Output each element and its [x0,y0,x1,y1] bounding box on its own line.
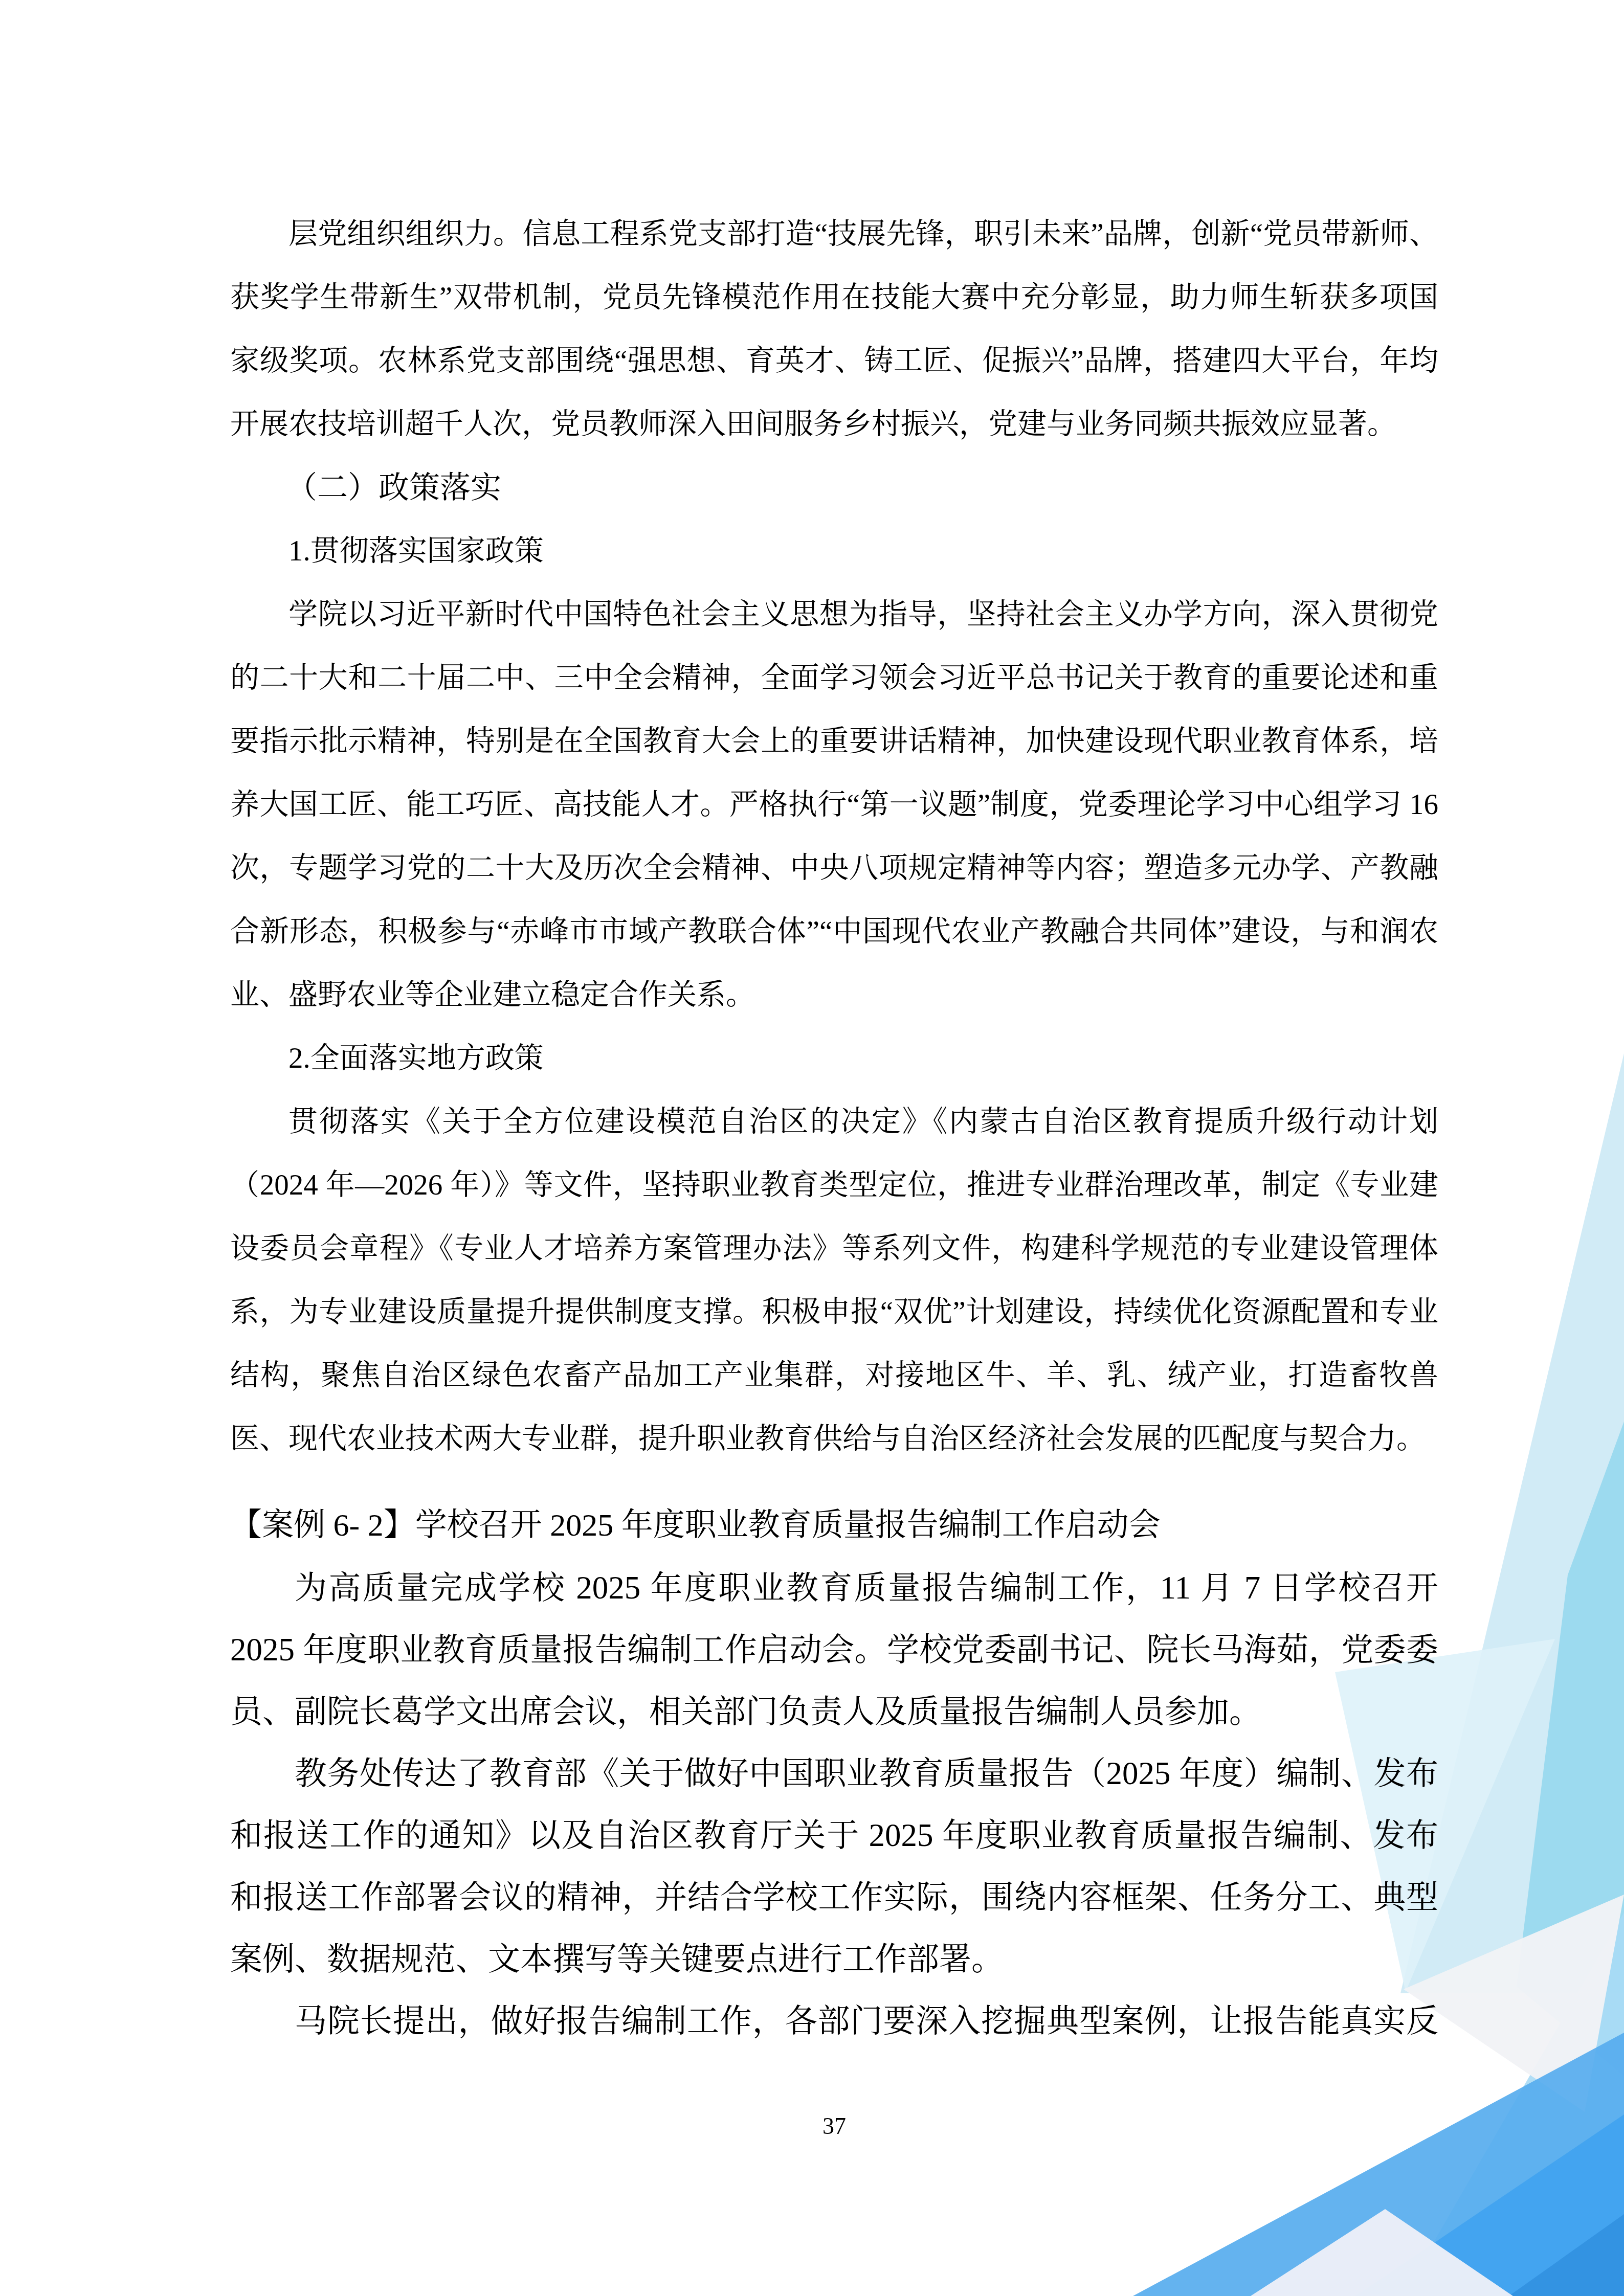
paragraph-party-branches: 层党组织组织力。信息工程系党支部打造“技展先锋，职引未来”品牌，创新“党员带新师… [230,202,1438,456]
case-paragraph-kickoff-meeting: 为高质量完成学校 2025 年度职业教育质量报告编制工作，11 月 7 日学校召… [230,1557,1438,1743]
triangle-blue-mid [1133,2033,1624,2296]
sub-heading-local-policy: 2.全面落实地方政策 [230,1027,1438,1090]
triangle-blue-deep [1509,2214,1624,2296]
paragraph-local-policy: 贯彻落实《关于全方位建设模范自治区的决定》《内蒙古自治区教育提质升级行动计划（2… [230,1090,1438,1471]
triangle-blue-bright [1355,2114,1624,2296]
paragraph-national-policy: 学院以习近平新时代中国特色社会主义思想为指导，坚持社会主义办学方向，深入贯彻党的… [230,583,1438,1027]
case-study-heading: 【案例 6- 2】学校召开 2025 年度职业教育质量报告编制工作启动会 [230,1494,1438,1557]
case-paragraph-president-remarks: 马院长提出，做好报告编制工作，各部门要深入挖掘典型案例，让报告能真实反 [230,1990,1438,2052]
case-paragraph-notice: 教务处传达了教育部《关于做好中国职业教育质量报告（2025 年度）编制、发布和报… [230,1743,1438,1990]
sub-heading-national-policy: 1.贯彻落实国家政策 [230,520,1438,583]
page-number: 37 [230,2111,1438,2142]
triangle-lavender-notch [1251,2209,1513,2296]
text-column: 层党组织组织力。信息工程系党支部打造“技展先锋，职引未来”品牌，创新“党员带新师… [230,202,1438,2052]
section-heading-policy: （二）政策落实 [230,456,1438,520]
document-page: 层党组织组织力。信息工程系党支部打造“技展先锋，职引未来”品牌，创新“党员带新师… [0,0,1624,2296]
triangle-cyan-band [1517,1422,1624,2076]
